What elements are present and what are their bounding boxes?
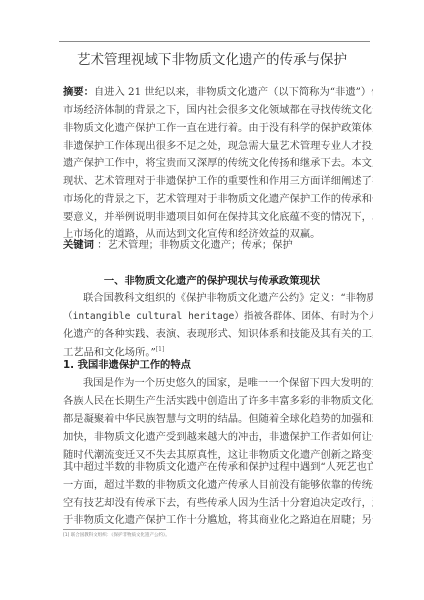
keywords-line: 关键词 ：艺术管理；非物质文化遗产；传承；保护	[63, 238, 373, 252]
abstract-line-4: 非遗保护工作体现出很多不足之处，现急需大量艺术管理专业人才投入非物质文化	[63, 139, 373, 153]
footnote-ref[interactable]: [1]	[156, 346, 165, 353]
para2-line-6: 其中超过半数的非物质文化遗产在传承和保护过程中遇到“人死艺也亡”的困境，	[63, 460, 373, 474]
para2-line-9: 于非物质文化遗产保护工作十分尴尬，将其商业化之路迫在眉睫；另一方	[63, 513, 373, 527]
footnote-rule	[63, 529, 166, 530]
keywords-label: 关键词	[63, 239, 94, 251]
abstract-text: 自进入 21 世纪以来，非物质文化遗产（以下简称为“非遗”）保护工作在	[94, 86, 373, 98]
para1-line-4-text: 工艺品和文化场所。”	[63, 346, 156, 358]
para2-line-7: 一方面，超过半数的非物质文化遗产传承人目前没有能够依靠的传统技艺谋生，	[63, 478, 373, 492]
header-rule	[59, 41, 370, 42]
section-heading: 一、非物质文化遗产的保护现状与传承政策现状	[0, 274, 424, 288]
abstract-label-sep: ：	[84, 86, 94, 98]
subheading: 1. 我国非遗保护工作的特点	[63, 358, 373, 372]
para2-line-8: 空有技艺却没有传承下去，有些传承人因为生活十分窘迫决定改行，这种情况对	[63, 496, 373, 510]
document-title: 艺术管理视域下非物质文化遗产的传承与保护	[0, 51, 424, 69]
keywords-sep: ：	[94, 239, 108, 251]
para2-line-4: 加快，非物质文化遗产受到越来越大的冲击，非遗保护工作者如何让传统文化紧	[63, 430, 373, 444]
abstract-line-2: 市场经济体制的背景之下，国内社会很多文化领域都在寻找传统文化去传承和发展，	[63, 103, 373, 117]
abstract-line-3: 非物质文化遗产保护工作一直在进行着。由于没有科学的保护政策体系，我国的	[63, 121, 373, 135]
footnote-text: [1] 联合国教科文组织：《保护非物质文化遗产公约》。	[63, 532, 170, 538]
abstract-line-5: 遗产保护工作中，将宝贵而又深厚的传统文化传扬和继承下去。本文从非遗发展	[63, 156, 373, 170]
abstract-line-8: 要意义，并举例说明非遗项目如何在保持其文化底蕴不变的情况下，尽快转型走	[63, 210, 373, 224]
abstract-line-7: 市场化的背景之下，艺术管理对于非物质文化遗产保护工作的传承和保护有何重	[63, 192, 373, 206]
para1-line-4: 工艺品和文化场所。”[1]	[63, 343, 373, 359]
para2-line-2: 各族人民在长期生产生活实践中创造出了许多丰富多彩的非物质文化遗产，这些	[63, 394, 373, 408]
para2-line-1: 我国是作为一个历史悠久的国家，是唯一一个保留下四大发明的文明古国，	[83, 376, 373, 390]
abstract-label: 摘要	[63, 86, 84, 98]
para1-line-2: （intangible cultural heritage）指被各群体、团体、有…	[63, 309, 373, 324]
document-page: 艺术管理视域下非物质文化遗产的传承与保护 摘要：自进入 21 世纪以来，非物质文…	[0, 0, 424, 600]
abstract-line-6: 现状、艺术管理对于非遗保护工作的重要性和作用三方面详细阐述了在当今全球化、	[63, 174, 373, 188]
para2-line-3: 都是凝聚着中华民族智慧与文明的结晶。但随着全球化趋势的加强和现代化进程的	[63, 412, 373, 426]
para1-line-1: 联合国教科文组织的《保护非物质文化遗产公约》定义：“非物质文化遗产	[83, 291, 373, 305]
keywords-value: 艺术管理；非物质文化遗产；传承；保护	[107, 239, 292, 251]
para1-line-3: 化遗产的各种实践、表演、表现形式、知识体系和技能及其有关的工具、实物、	[63, 327, 373, 341]
para1-line-2-text: （intangible cultural heritage）指被各群体、团体、有…	[63, 311, 373, 322]
abstract-line-1: 摘要：自进入 21 世纪以来，非物质文化遗产（以下简称为“非遗”）保护工作在	[63, 85, 373, 99]
